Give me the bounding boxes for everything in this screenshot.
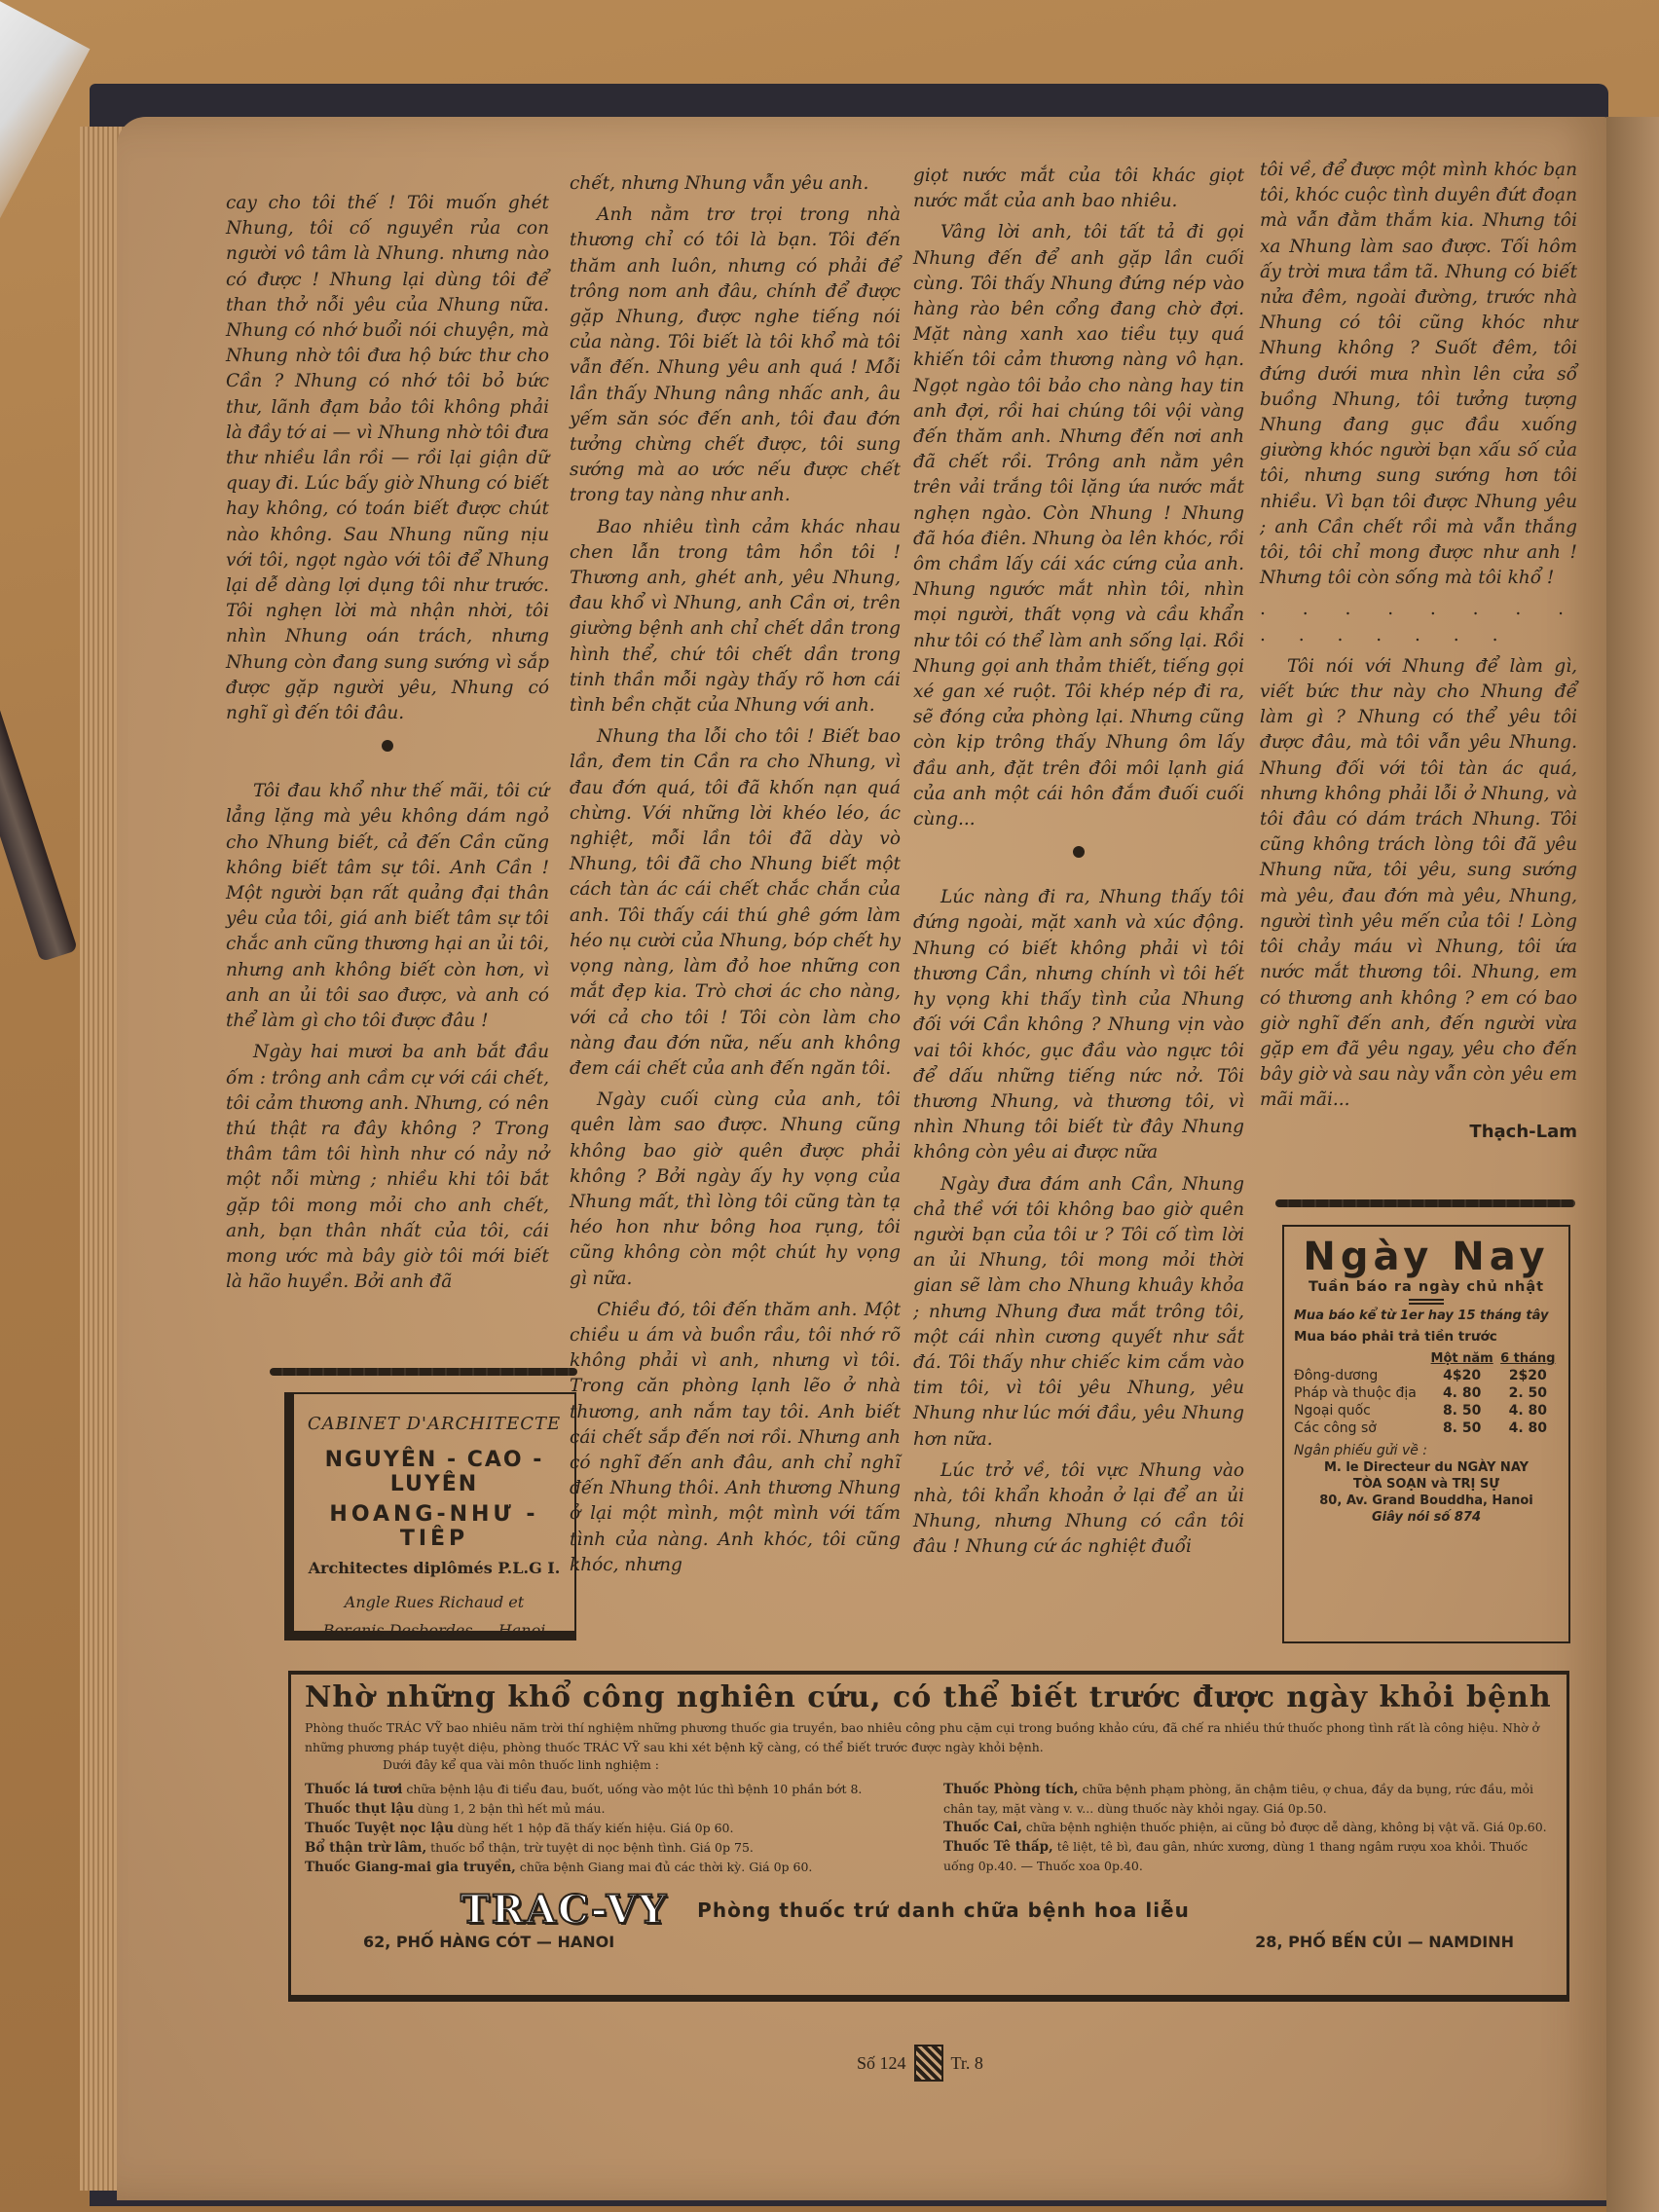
price-6months: 2. 50 <box>1497 1384 1559 1402</box>
paragraph: Lúc nàng đi ra, Nhung thấy tôi đứng ngoà… <box>913 885 1244 1165</box>
paragraph: Bao nhiêu tình cảm khác nhau chen lẫn tr… <box>570 515 901 719</box>
paragraph: chết, nhưng Nhung vẫn yêu anh. <box>570 171 901 197</box>
ad-architect-line2: NGUYÊN - CAO - LUYÊN <box>294 1448 574 1496</box>
price-row: Pháp và thuộc địa 4. 80 2. 50 <box>1294 1384 1559 1402</box>
paragraph: Ngày cuối cùng của anh, tôi quên làm sao… <box>570 1088 901 1292</box>
remedy-item: Thuốc thụt lậu dùng 1, 2 bận thì hết mủ … <box>305 1799 914 1819</box>
ad-architect-line5: Angle Rues Richaud et <box>294 1593 574 1611</box>
ad-architect: CABINET D'ARCHITECTE NGUYÊN - CAO - LUYÊ… <box>284 1392 576 1641</box>
ad-ngaynay-office: TÒA SOẠN và TRỊ SỰ <box>1294 1477 1559 1492</box>
ad-tracvy-brand: TRAC-VY <box>461 1887 668 1933</box>
paragraph: Vâng lời anh, tôi tất tả đi gọi Nhung đế… <box>913 220 1244 832</box>
price-6months: 4. 80 <box>1497 1419 1559 1437</box>
paragraph: Ngày đưa đám anh Cần, Nhung chả thề với … <box>913 1172 1244 1453</box>
article-column-1: cay cho tôi thế ! Tôi muốn ghét Nhung, t… <box>226 191 549 1301</box>
remedy-item: Thuốc Tê thấp, tê liệt, tê bì, đau gân, … <box>943 1837 1553 1875</box>
author-signature: Thạch-Lam <box>1260 1120 1577 1145</box>
price-row: Đông-dương 4$20 2$20 <box>1294 1367 1559 1384</box>
pen <box>0 645 78 962</box>
price-header: 6 tháng <box>1497 1350 1559 1367</box>
ad-ngaynay-subtitle: Tuần báo ra ngày chủ nhật <box>1294 1279 1559 1295</box>
price-header: Một năm <box>1427 1350 1497 1367</box>
price-region: Pháp và thuộc địa <box>1294 1384 1427 1402</box>
ellipsis-separator: . . . . . . . . . . . . . . . <box>1260 597 1577 647</box>
paragraph: Chiều đó, tôi đến thăm anh. Một chiều u … <box>570 1298 901 1578</box>
remedy-item: Thuốc Giang-mai gia truyền, chữa bệnh Gi… <box>305 1858 914 1877</box>
subscription-price-table: Một năm 6 tháng Đông-dương 4$20 2$20 Phá… <box>1294 1350 1559 1437</box>
section-bullet <box>382 740 393 752</box>
ad-tracvy-headline: Nhờ những khổ công nghiên cứu, có thể bi… <box>305 1680 1553 1714</box>
paragraph: giọt nước mắt của tôi khác giọt nước mắt… <box>913 164 1244 214</box>
price-year: 8. 50 <box>1427 1419 1497 1437</box>
divider-wavy <box>270 1368 577 1376</box>
paragraph: Ngày hai mươi ba anh bắt đầu ốm : trông … <box>226 1040 549 1295</box>
lamp-glare <box>0 0 90 342</box>
price-6months: 4. 80 <box>1497 1402 1559 1419</box>
ad-tracvy-intro2: Dưới đây kể qua vài môn thuốc linh nghiệ… <box>383 1757 1553 1772</box>
divider-wavy <box>1275 1199 1575 1207</box>
ad-architect-line6: Borgnis Desbordes — Hanoi <box>294 1621 574 1640</box>
ad-ngaynay-note2: Mua báo phải trả tiền trước <box>1294 1329 1559 1345</box>
price-year: 4. 80 <box>1427 1384 1497 1402</box>
ad-tracvy-address-namdinh: 28, PHỐ BẾN CỦI — NAMDINH <box>1255 1933 1514 1951</box>
page-number: Tr. 8 <box>951 2053 983 2074</box>
price-region: Đông-dương <box>1294 1367 1427 1384</box>
ad-ngaynay-send-to: M. le Directeur du NGÀY NAY <box>1294 1460 1559 1475</box>
ad-ngaynay-title: Ngày Nay <box>1294 1235 1559 1279</box>
paragraph: Tôi đau khổ như thế mãi, tôi cứ lẳng lặn… <box>226 779 549 1034</box>
price-year: 8. 50 <box>1427 1402 1497 1419</box>
article-column-4: tôi về, để được một mình khóc bạn tôi, k… <box>1260 158 1577 1145</box>
ad-tracvy-right-list: Thuốc Phòng tích, chữa bệnh phạm phòng, … <box>943 1780 1553 1877</box>
page-footer: Số 124 Tr. 8 <box>857 2045 983 2082</box>
remedy-item: Thuốc Phòng tích, chữa bệnh phạm phòng, … <box>943 1780 1553 1818</box>
section-bullet <box>1073 846 1085 858</box>
paragraph: cay cho tôi thế ! Tôi muốn ghét Nhung, t… <box>226 191 549 726</box>
ad-trac-vy: Nhờ những khổ công nghiên cứu, có thể bi… <box>288 1671 1569 2002</box>
paragraph: Tôi nói với Nhung để làm gì, viết bức th… <box>1260 654 1577 1114</box>
price-row: Các công sở 8. 50 4. 80 <box>1294 1419 1559 1437</box>
ad-ngaynay-address: 80, Av. Grand Bouddha, Hanoi <box>1294 1493 1559 1508</box>
ad-tracvy-intro: Phòng thuốc TRÁC VỸ bao nhiêu năm trời t… <box>305 1718 1553 1757</box>
price-row: Ngoại quốc 8. 50 4. 80 <box>1294 1402 1559 1419</box>
issue-number: Số 124 <box>857 2053 906 2074</box>
ad-architect-line1: CABINET D'ARCHITECTE <box>294 1414 574 1434</box>
ad-architect-line4: Architectes diplômés P.L.G I. <box>294 1559 574 1577</box>
ad-ngay-nay: Ngày Nay Tuần báo ra ngày chủ nhật Mua b… <box>1282 1225 1570 1643</box>
price-year: 4$20 <box>1427 1367 1497 1384</box>
ad-tracvy-left-list: Thuốc lá tươi chữa bệnh lậu đi tiểu đau,… <box>305 1780 914 1877</box>
remedy-item: Bổ thận trừ lâm, thuốc bổ thận, trừ tuyệ… <box>305 1838 914 1858</box>
paragraph: Anh nằm trơ trọi trong nhà thương chỉ có… <box>570 203 901 508</box>
facing-page-edge <box>1606 117 1659 2212</box>
ngay-nay-logo-icon <box>914 2045 943 2082</box>
remedy-item: Thuốc Cai, chữa bệnh nghiện thuốc phiện,… <box>943 1818 1553 1837</box>
ad-ngaynay-note1: Mua báo kể từ 1er hay 15 tháng tây <box>1294 1309 1559 1323</box>
ad-ngaynay-send-label: Ngân phiếu gửi về : <box>1294 1443 1559 1458</box>
price-header <box>1294 1350 1427 1367</box>
article-column-3: giọt nước mắt của tôi khác giọt nước mắt… <box>913 164 1244 1567</box>
paragraph: tôi về, để được một mình khóc bạn tôi, k… <box>1260 158 1577 591</box>
ad-tracvy-tagline: Phòng thuốc trứ danh chữa bệnh hoa liễu <box>697 1899 1190 1922</box>
remedy-item: Thuốc lá tươi chữa bệnh lậu đi tiểu đau,… <box>305 1780 914 1799</box>
remedy-item: Thuốc Tuyệt nọc lậu dùng hết 1 hộp đã th… <box>305 1819 914 1838</box>
price-6months: 2$20 <box>1497 1367 1559 1384</box>
double-rule <box>1409 1299 1444 1305</box>
ad-architect-line3: HOANG-NHƯ - TIÊP <box>294 1502 574 1551</box>
price-region: Các công sở <box>1294 1419 1427 1437</box>
ad-ngaynay-phone: Giây nói số 874 <box>1294 1510 1559 1525</box>
paragraph: Nhung tha lỗi cho tôi ! Biết bao lần, đe… <box>570 724 901 1082</box>
paragraph: Lúc trở về, tôi vực Nhung vào nhà, tôi k… <box>913 1458 1244 1561</box>
article-column-2: chết, nhưng Nhung vẫn yêu anh. Anh nằm t… <box>570 171 901 1584</box>
ad-tracvy-address-hanoi: 62, PHỐ HÀNG CÓT — HANOI <box>363 1933 614 1951</box>
price-region: Ngoại quốc <box>1294 1402 1427 1419</box>
